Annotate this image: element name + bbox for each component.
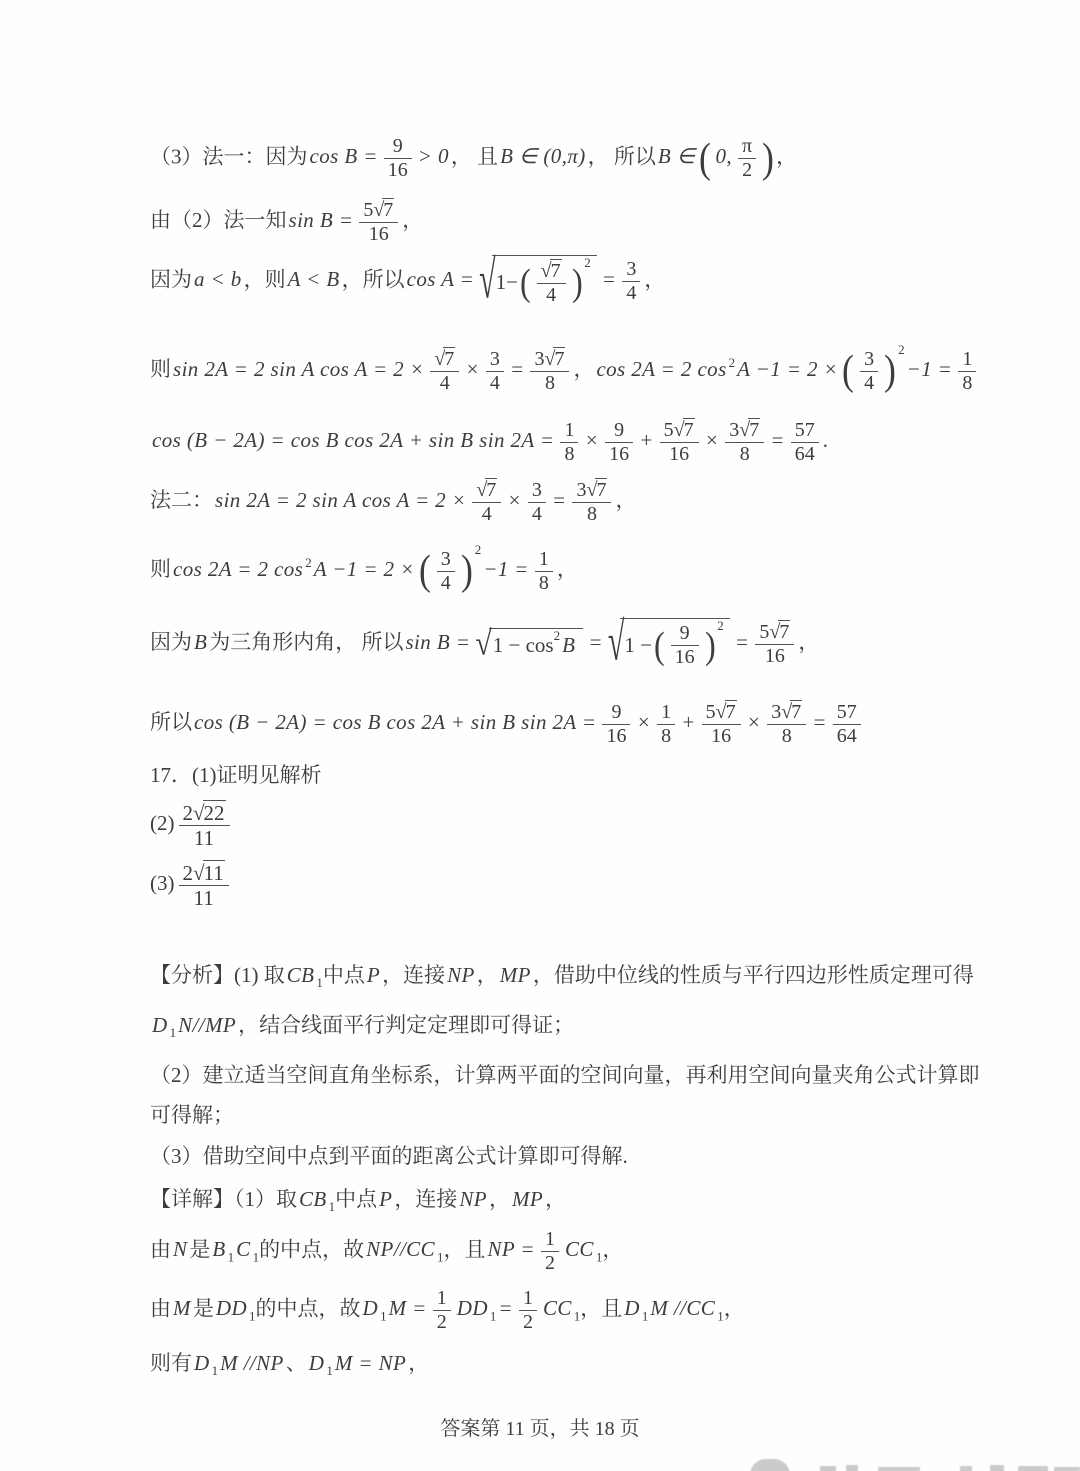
superscript: 2 [717, 618, 724, 635]
math-text: B ∈ [656, 144, 698, 168]
fraction: 916 [384, 135, 412, 182]
denominator: 8 [572, 502, 611, 526]
radicand: 7 [683, 418, 695, 442]
fraction: √74 [537, 259, 566, 307]
cjk-text: ， [573, 357, 594, 381]
watermark-glyph [960, 1466, 972, 1471]
denominator: 8 [767, 724, 806, 748]
cjk-text: 由（2）法一知 [150, 208, 287, 232]
radical-sign: √ [475, 627, 491, 662]
math-text: cos (B − 2A) = cos B cos 2A + sin B sin … [192, 710, 598, 734]
radicand: 7 [550, 259, 562, 283]
radicand: 1−(√74)2 [492, 255, 597, 308]
cjk-text: （2）建立适当空间直角坐标系，计算两平面的空间向量，再利用空间向量夹角公式计算即 [150, 1063, 980, 1087]
fraction: 2√2211 [179, 800, 230, 850]
fraction: √74 [430, 347, 459, 395]
superscript: 2 [584, 255, 591, 272]
cjk-text: ，所以 [342, 267, 405, 291]
denominator: 2 [433, 1310, 451, 1334]
cjk-text: 中点 [335, 1187, 377, 1211]
fraction: 12 [433, 1287, 451, 1334]
watermark [750, 1457, 1080, 1471]
denominator: 8 [958, 371, 976, 395]
denominator: 11 [179, 825, 230, 850]
denominator: 16 [384, 158, 412, 182]
denominator: 4 [472, 502, 501, 526]
math-text: D [150, 1013, 170, 1037]
math-text: NP//CC [364, 1237, 437, 1261]
cjk-text: ， [798, 630, 819, 654]
radicand: 7 [725, 700, 737, 724]
denominator: 8 [725, 442, 764, 466]
radical-sign: √ [608, 617, 624, 671]
cjk-text: ， 且 [451, 144, 498, 168]
line-detail-2: 由N是B1C1的中点，故NP//CC1，且NP =12CC1， [150, 1228, 623, 1275]
math-text: cos B = [308, 144, 380, 168]
math-text: 1− [496, 269, 518, 296]
line-detail-4: 则有D1M //NP、D1M = NP， [150, 1350, 429, 1380]
subscript: 1 [326, 1363, 333, 1378]
cjk-text: ，结合线面平行判定定理即可得证； [238, 1013, 574, 1037]
cjk-text: 由 [150, 1237, 171, 1261]
line-method2-cos2A: 则cos 2A = 2 cos2A −1 = 2 ×(34)2−1 =18， [150, 542, 578, 595]
math-text: NP [445, 963, 477, 987]
watermark-glyph [1054, 1467, 1080, 1471]
coefficient: 5 [759, 621, 769, 644]
fraction: 2√1111 [179, 860, 229, 910]
numerator: 1 [560, 419, 578, 442]
superscript: 2 [475, 542, 482, 557]
denominator: 8 [530, 371, 569, 395]
math-text: MP [498, 963, 533, 987]
watermark-glyph [878, 1467, 920, 1471]
line-sin2A-cos2A: 则sin 2A = 2 sin A cos A = 2 ×√74×34=3√78… [150, 342, 980, 395]
fraction: 5√716 [755, 620, 794, 668]
item-label: (3) [150, 871, 175, 895]
fraction: 3√78 [725, 418, 764, 466]
cjk-text: 是 [193, 1296, 214, 1320]
math-text: cos 2A = 2 cos [171, 557, 305, 581]
math-text: = [550, 488, 569, 512]
math-text: D [361, 1296, 381, 1320]
cjk-text: 因为 [150, 630, 192, 654]
line-cosB-2A-method1: cos (B − 2A) = cos B cos 2A + sin B sin … [150, 418, 828, 466]
math-text: M = NP [333, 1351, 408, 1375]
cjk-text: ， [644, 267, 665, 291]
math-text: × [634, 710, 653, 734]
cjk-text: 由 [150, 1296, 171, 1320]
math-text: + [679, 710, 698, 734]
denominator: 2 [541, 1251, 559, 1275]
document-page: （3）法一：因为cos B =916> 0， 且B ∈ (0,π)， 所以B ∈… [0, 0, 1080, 1471]
numerator: 3√7 [572, 478, 611, 502]
radicand: 7 [748, 418, 760, 442]
fraction: 916 [602, 701, 630, 748]
math-text: DD [214, 1296, 249, 1320]
denominator: 16 [671, 645, 699, 669]
numerator: 5√7 [755, 620, 794, 644]
page-number-text: 答案第 11 页，共 18 页 [440, 1418, 639, 1440]
math-text: = [733, 630, 752, 654]
square-root: √1 −(916)2 [608, 618, 730, 670]
cjk-text: 则 [150, 357, 171, 381]
math-text: B [560, 632, 577, 659]
coefficient: 5 [664, 419, 674, 442]
numerator: 5√7 [702, 700, 741, 724]
numerator: 2√11 [179, 860, 229, 885]
cjk-text: 中点 [323, 963, 365, 987]
coefficient: 2 [183, 861, 194, 885]
line-q17-answer1: 17．(1)证明见解析 [150, 762, 322, 789]
numerator: 3 [622, 258, 640, 281]
line-q17-answer2: (2)2√2211 [150, 800, 234, 850]
square-root: √1 − cos2B [475, 628, 583, 660]
math-text: = [586, 630, 605, 654]
line-analysis-4: 可得解； [150, 1102, 234, 1129]
radicand: 1 −(916)2 [620, 618, 729, 670]
numerator: 3√7 [767, 700, 806, 724]
denominator: 16 [660, 442, 699, 466]
math-text: C [234, 1237, 252, 1261]
numerator: 5√7 [359, 198, 398, 222]
numerator: √7 [472, 478, 501, 502]
math-text: D [307, 1351, 327, 1375]
cjk-text: 17．(1)证明见解析 [150, 763, 322, 787]
coefficient: 2 [183, 801, 194, 825]
math-text: a < b [192, 267, 244, 291]
fraction: 5√716 [660, 418, 699, 466]
cjk-text: 可得解； [150, 1103, 234, 1127]
denominator: 4 [430, 371, 459, 395]
superscript: 2 [305, 555, 312, 570]
cjk-text: ，连接 [382, 963, 445, 987]
fraction: 916 [671, 622, 699, 669]
numerator: 1 [535, 548, 553, 571]
math-text: A −1 = 2 × [312, 557, 417, 581]
cjk-text: ， 所以 [588, 144, 656, 168]
math-text: B ∈ (0,π) [498, 144, 587, 168]
cjk-text: 【分析】(1) 取 [150, 963, 285, 987]
cjk-text: 为三角形内角， 所以 [209, 630, 403, 654]
cjk-text: ， [615, 488, 636, 512]
radicand: 7 [790, 700, 802, 724]
math-text: cos (B − 2A) = cos B cos 2A + sin B sin … [150, 428, 556, 452]
numerator: 2√22 [179, 800, 230, 825]
watermark-glyph [820, 1466, 836, 1471]
cjk-text: ，借助中位线的性质与平行四边形性质定理可得 [533, 963, 974, 987]
denominator: 8 [560, 442, 578, 466]
cjk-text: 的中点，故 [259, 1237, 364, 1261]
denominator: 4 [437, 571, 455, 595]
cjk-text: ， [477, 963, 498, 987]
numerator: 9 [605, 419, 633, 442]
math-text: −1 = [905, 357, 955, 381]
cjk-text: 【详解】（1）取 [150, 1187, 297, 1211]
numerator: 9 [384, 135, 412, 158]
numerator: 3 [486, 348, 504, 371]
radicand: 22 [203, 800, 226, 825]
cjk-text: ， [724, 1296, 745, 1320]
numerator: 3 [860, 348, 878, 371]
denominator: 8 [657, 724, 675, 748]
denominator: 2 [738, 158, 756, 182]
math-text: cos 2A = 2 cos [594, 357, 728, 381]
fraction: 3√78 [530, 347, 569, 395]
watermark-glyph [750, 1459, 790, 1471]
fraction: √74 [472, 478, 501, 526]
numerator: π [738, 135, 756, 158]
radicand: 7 [595, 478, 607, 502]
math-text: > 0 [416, 144, 451, 168]
math-text: N [171, 1237, 189, 1261]
numerator: 1 [541, 1228, 559, 1251]
fraction: 34 [622, 258, 640, 305]
math-text: B [210, 1237, 227, 1261]
cjk-text: ， [408, 1351, 429, 1375]
line-cosA-derivation: 因为a < b，则A < B，所以cos A =√1−(√74)2=34， [150, 255, 665, 308]
math-text: CC [563, 1237, 596, 1261]
radicand: 7 [553, 347, 565, 371]
math-text: 1 − cos [493, 632, 554, 659]
coefficient: 3 [771, 701, 781, 724]
fraction: 5764 [791, 419, 819, 466]
math-text: P [377, 1187, 394, 1211]
denominator: 16 [359, 222, 398, 246]
fraction: 18 [535, 548, 553, 595]
math-text: sin B = [287, 208, 356, 232]
cjk-text: ，则 [244, 267, 286, 291]
numerator: √7 [537, 259, 566, 283]
numerator: 3√7 [530, 347, 569, 371]
denominator: 4 [860, 371, 878, 395]
page-footer: 答案第 11 页，共 18 页 [0, 1412, 1080, 1441]
fraction: 3√78 [572, 478, 611, 526]
math-text: D [622, 1296, 642, 1320]
math-text: × [703, 428, 722, 452]
numerator: 57 [791, 419, 819, 442]
denominator: 8 [535, 571, 553, 595]
fraction: 3√78 [767, 700, 806, 748]
watermark-glyph [990, 1465, 1004, 1471]
fraction: 12 [541, 1228, 559, 1275]
fraction: 34 [528, 479, 546, 526]
math-text: CB [297, 1187, 329, 1211]
math-text: = [508, 357, 527, 381]
subscript: 1 [380, 1308, 387, 1323]
math-text: × [582, 428, 601, 452]
cjk-text: 法二： [150, 488, 213, 512]
coefficient: 3 [729, 419, 739, 442]
math-text: CC [541, 1296, 574, 1320]
denominator: 4 [537, 283, 566, 307]
numerator: 5√7 [660, 418, 699, 442]
math-text: −1 = [481, 557, 531, 581]
radical-sign: √ [479, 254, 495, 308]
denominator: 4 [528, 502, 546, 526]
numerator: 9 [671, 622, 699, 645]
numerator: 1 [519, 1287, 537, 1310]
numerator: 9 [602, 701, 630, 724]
line-cosB-range: （3）法一：因为cos B =916> 0， 且B ∈ (0,π)， 所以B ∈… [150, 135, 797, 182]
math-text: M //NP [218, 1351, 286, 1375]
fraction: 5√716 [359, 198, 398, 246]
cjk-text: 则有 [150, 1351, 192, 1375]
numerator: 3 [437, 548, 455, 571]
denominator: 4 [622, 281, 640, 305]
line-detail-3: 由M是DD1的中点，故D1M =12DD1=12CC1，且D1M //CC1， [150, 1287, 745, 1334]
line-analysis-3: （2）建立适当空间直角坐标系，计算两平面的空间向量，再利用空间向量夹角公式计算即 [150, 1062, 980, 1089]
line-method2-sin2A: 法二：sin 2A = 2 sin A cos A = 2 ×√74×34=3√… [150, 478, 636, 526]
radicand: 7 [443, 347, 455, 371]
math-text: cos A = [405, 267, 477, 291]
math-text: = [810, 710, 829, 734]
coefficient: 5 [363, 199, 373, 222]
denominator: 11 [179, 885, 229, 910]
math-text: M //CC [648, 1296, 717, 1320]
fraction: 5764 [833, 701, 861, 748]
math-text: NP [457, 1187, 489, 1211]
fraction: 18 [560, 419, 578, 466]
period: . [823, 428, 828, 452]
cjk-text: ， [489, 1187, 510, 1211]
denominator: 16 [755, 644, 794, 668]
cjk-text: （3）借助空间中点到平面的距离公式计算即可得解. [150, 1144, 628, 1168]
math-text: D [192, 1351, 212, 1375]
denominator: 16 [602, 724, 630, 748]
cjk-text: （3）法一：因为 [150, 144, 308, 168]
cjk-text: ， [545, 1187, 566, 1211]
math-text: N//MP [176, 1013, 238, 1037]
line-analysis-1: 【分析】(1) 取CB1中点P，连接NP，MP，借助中位线的性质与平行四边形性质… [150, 962, 974, 992]
watermark-glyph [1018, 1466, 1048, 1471]
numerator: √7 [430, 347, 459, 371]
numerator: 1 [433, 1287, 451, 1310]
coefficient: 3 [576, 479, 586, 502]
line-analysis-5: （3）借助空间中点到平面的距离公式计算即可得解. [150, 1143, 628, 1170]
math-text: = [496, 1296, 515, 1320]
math-text: A < B [286, 267, 342, 291]
fraction: π2 [738, 135, 756, 182]
denominator: 16 [702, 724, 741, 748]
line-cosB-2A-method2: 所以cos (B − 2A) = cos B cos 2A + sin B si… [150, 700, 865, 748]
denominator: 64 [833, 724, 861, 748]
line-q17-answer3: (3)2√1111 [150, 860, 233, 910]
fraction: 34 [860, 348, 878, 395]
superscript: 2 [898, 342, 905, 357]
math-text: CB [285, 963, 317, 987]
denominator: 16 [605, 442, 633, 466]
math-text: MP [510, 1187, 545, 1211]
math-text: sin 2A = 2 sin A cos A = 2 × [171, 357, 426, 381]
radicand: 7 [485, 478, 497, 502]
line-sinB-value: 由（2）法一知sin B =5√716， [150, 198, 423, 246]
cjk-text: 是 [189, 1237, 210, 1261]
math-text: sin B = [403, 630, 472, 654]
line-detail-1: 【详解】（1）取CB1中点P，连接NP，MP， [150, 1186, 566, 1216]
watermark-glyph [846, 1465, 858, 1471]
fraction: 34 [437, 548, 455, 595]
cjk-text: ， [402, 208, 423, 232]
math-text: M = [387, 1296, 429, 1320]
math-text: 0, [713, 144, 734, 168]
numerator: 1 [657, 701, 675, 724]
denominator: 2 [519, 1310, 537, 1334]
cjk-text: 、 [286, 1351, 307, 1375]
square-root: √1−(√74)2 [479, 255, 597, 308]
denominator: 64 [791, 442, 819, 466]
math-text: × [505, 488, 524, 512]
fraction: 18 [657, 701, 675, 748]
cjk-text: 所以 [150, 710, 192, 734]
numerator: 3√7 [725, 418, 764, 442]
math-text: B [192, 630, 209, 654]
math-text: P [365, 963, 382, 987]
cjk-text: 的中点，故 [256, 1296, 361, 1320]
cjk-text: ，且 [444, 1237, 486, 1261]
cjk-text: ， [776, 144, 797, 168]
denominator: 4 [486, 371, 504, 395]
math-text: + [637, 428, 656, 452]
fraction: 34 [486, 348, 504, 395]
item-label: (2) [150, 811, 175, 835]
math-text: sin 2A = 2 sin A cos A = 2 × [213, 488, 468, 512]
math-text: 1 − [624, 632, 652, 659]
math-text: A −1 = 2 × [735, 357, 840, 381]
cjk-text: 因为 [150, 267, 192, 291]
radicand: 7 [778, 620, 790, 644]
cjk-text: ，连接 [394, 1187, 457, 1211]
fraction: 916 [605, 419, 633, 466]
line-analysis-2: D1N//MP，结合线面平行判定定理即可得证； [150, 1012, 574, 1042]
cjk-text: ，且 [580, 1296, 622, 1320]
radicand: 1 − cos2B [489, 628, 584, 660]
line-sinB-derivation: 因为B为三角形内角， 所以sin B =√1 − cos2B=√1 −(916)… [150, 618, 819, 670]
fraction: 5√716 [702, 700, 741, 748]
fraction: 18 [958, 348, 976, 395]
numerator: 57 [833, 701, 861, 724]
coefficient: 5 [706, 701, 716, 724]
math-text: M [171, 1296, 193, 1320]
math-text: DD [455, 1296, 490, 1320]
numerator: 3 [528, 479, 546, 502]
cjk-text: ， [557, 557, 578, 581]
cjk-text: 则 [150, 557, 171, 581]
cjk-text: ， [602, 1237, 623, 1261]
radicand: 11 [203, 860, 225, 885]
math-text: = [768, 428, 787, 452]
math-text: × [463, 357, 482, 381]
radicand: 7 [382, 198, 394, 222]
math-text: × [745, 710, 764, 734]
numerator: 1 [958, 348, 976, 371]
math-text: = [600, 267, 619, 291]
fraction: 12 [519, 1287, 537, 1334]
coefficient: 3 [534, 348, 544, 371]
math-text: NP = [486, 1237, 537, 1261]
